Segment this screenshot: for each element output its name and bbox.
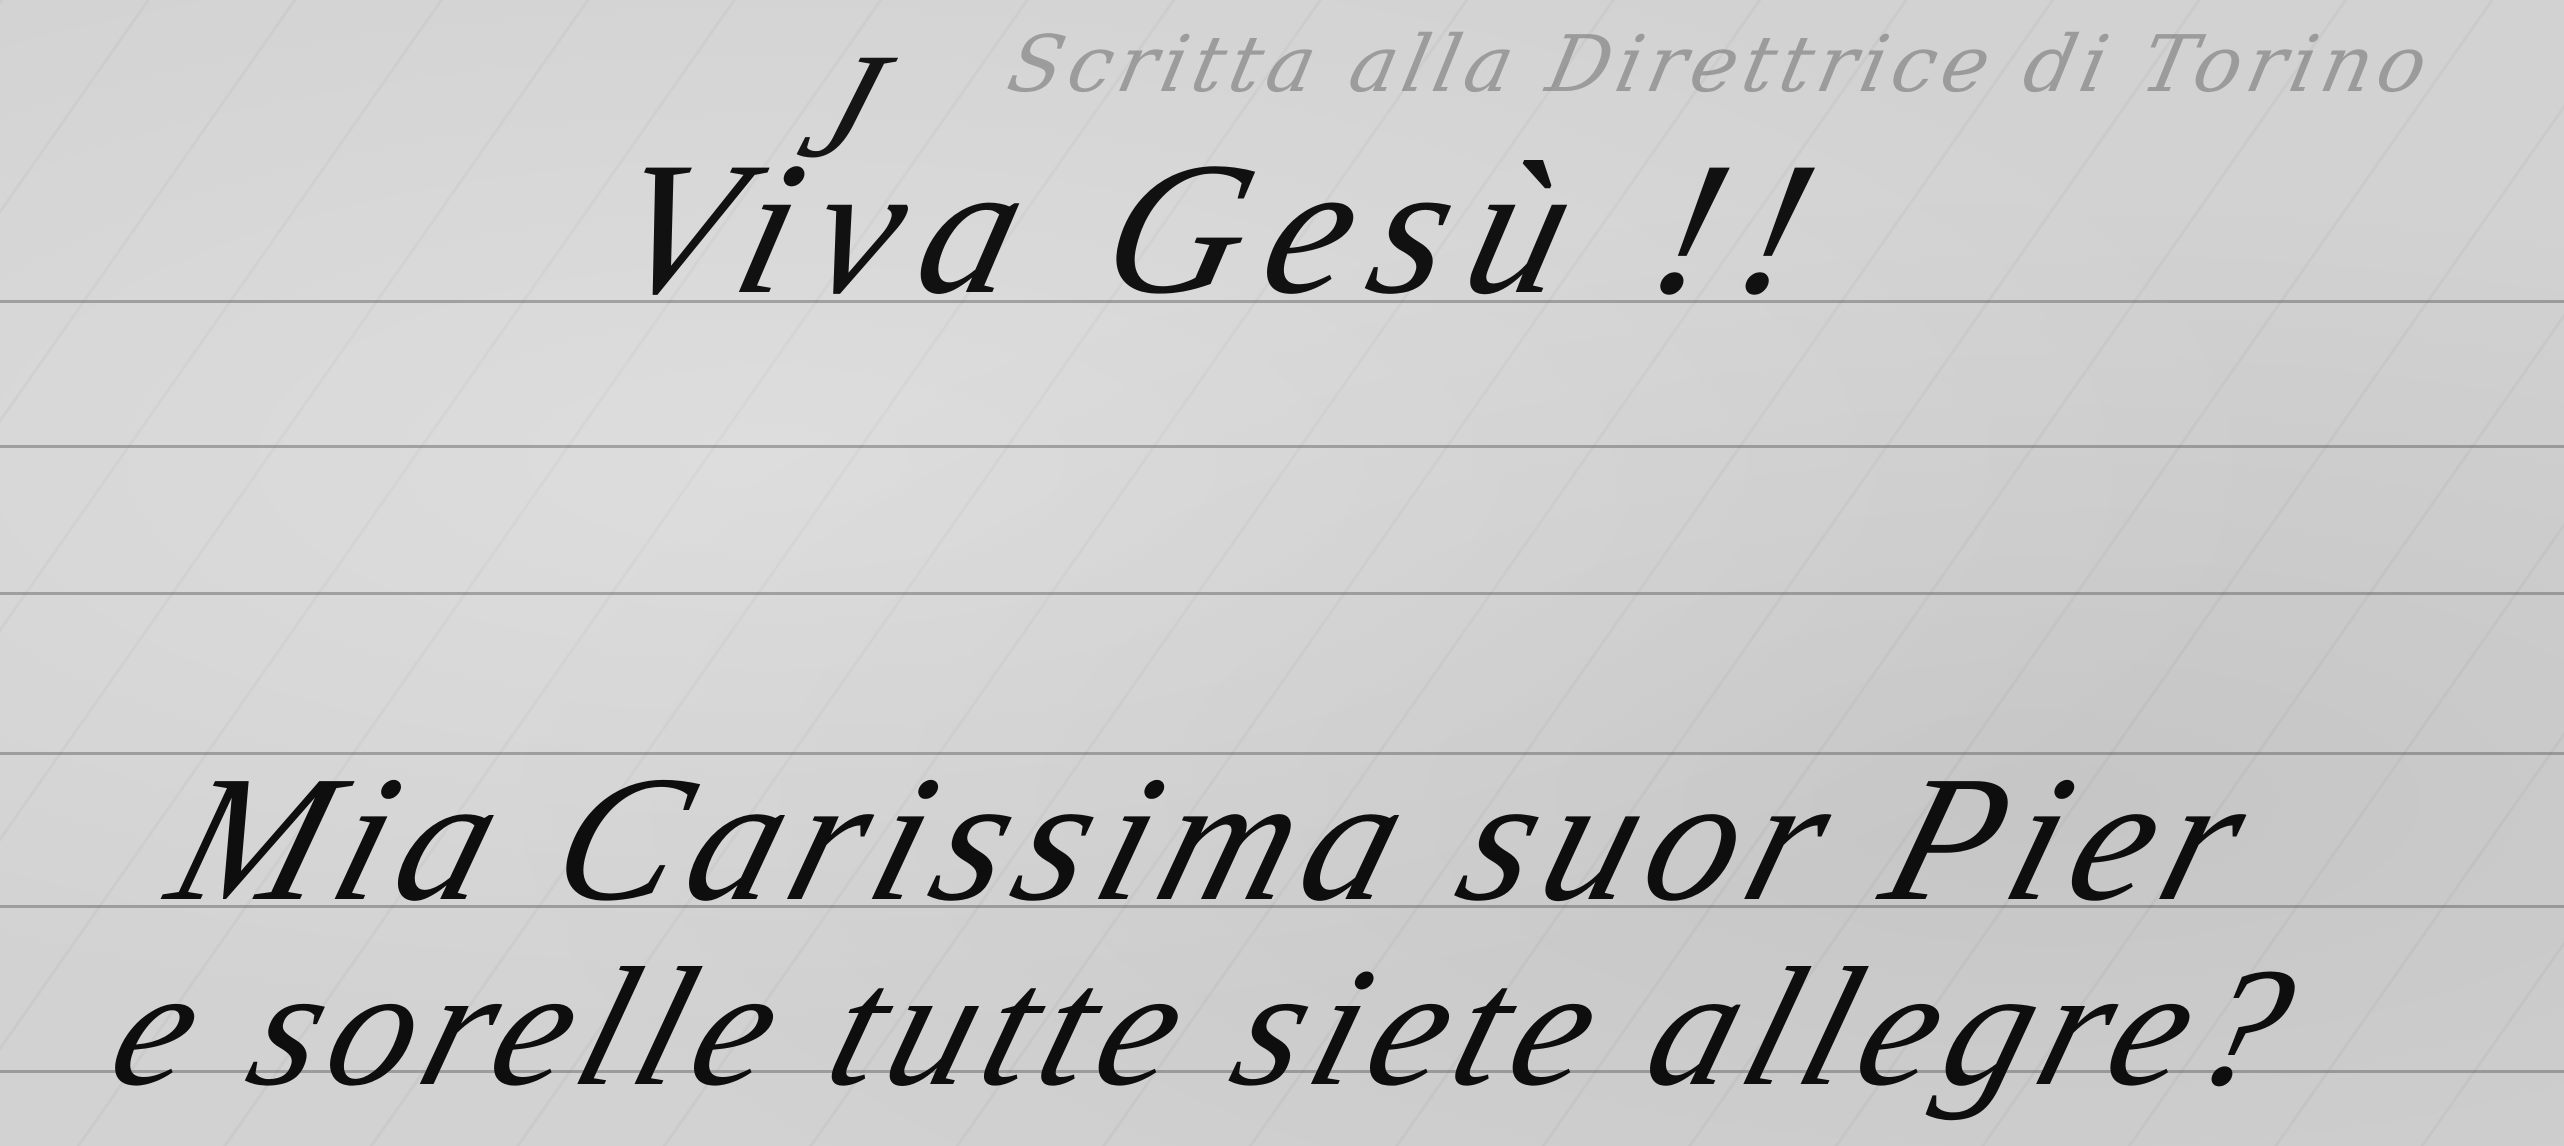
pencil-header-note: Scritta alla Direttrice di Torino: [1000, 20, 2441, 110]
ruled-line: [0, 445, 2564, 448]
letter-title: Viva Gesù !!: [593, 120, 1857, 338]
letter-page: Scritta alla Direttrice di Torino J Viva…: [0, 0, 2564, 1146]
letter-line-salutation: Mia Carissima suor Pier: [150, 735, 2281, 942]
letter-line-body: e sorelle tutte siete allegre?: [92, 930, 2324, 1125]
ruled-line: [0, 592, 2564, 595]
